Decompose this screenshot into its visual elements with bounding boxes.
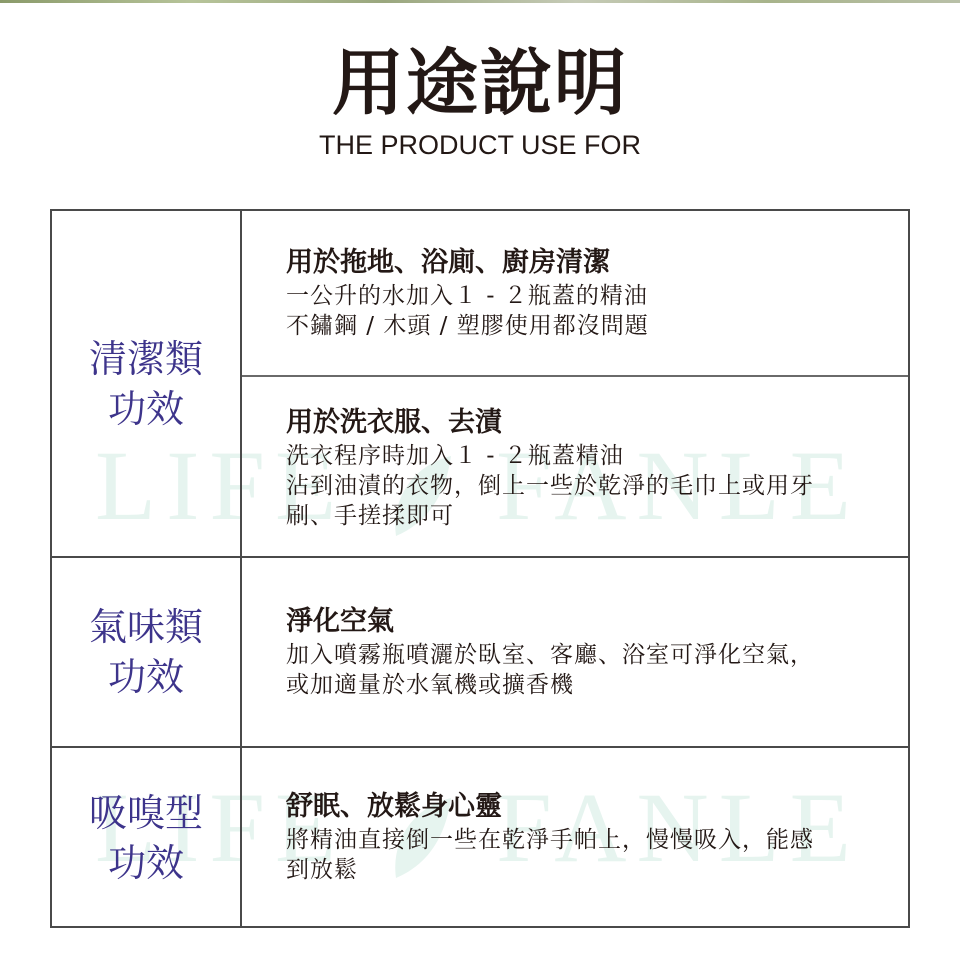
items-column: 舒眠、放鬆身心靈 將精油直接倒一些在乾淨手帕上，慢慢吸入，能感 到放鬆 — [242, 748, 908, 928]
usage-item: 淨化空氣 加入噴霧瓶噴灑於臥室、客廳、浴室可淨化空氣， 或加適量於水氧機或擴香機 — [242, 558, 908, 746]
page-header: 用途說明 THE PRODUCT USE FOR — [0, 40, 960, 162]
item-line: 或加適量於水氧機或擴香機 — [286, 670, 908, 700]
usage-table: 清潔類 功效 用於拖地、浴廁、廚房清潔 一公升的水加入１ - ２瓶蓋的精油 不鏽… — [50, 209, 910, 928]
item-line: 沾到油漬的衣物，倒上一些於乾淨的毛巾上或用牙 — [286, 471, 908, 501]
category-sublabel: 功效 — [108, 384, 184, 434]
page-subtitle: THE PRODUCT USE FOR — [0, 128, 960, 162]
item-line: 洗衣程序時加入１ - ２瓶蓋精油 — [286, 441, 908, 471]
group-inhalation: 吸嗅型 功效 舒眠、放鬆身心靈 將精油直接倒一些在乾淨手帕上，慢慢吸入，能感 到… — [52, 748, 908, 928]
usage-item: 用於洗衣服、去漬 洗衣程序時加入１ - ２瓶蓋精油 沾到油漬的衣物，倒上一些於乾… — [242, 377, 908, 558]
item-line: 將精油直接倒一些在乾淨手帕上，慢慢吸入，能感 — [286, 825, 908, 855]
category-cell: 清潔類 功效 — [52, 211, 242, 556]
group-scent: 氣味類 功效 淨化空氣 加入噴霧瓶噴灑於臥室、客廳、浴室可淨化空氣， 或加適量於… — [52, 558, 908, 748]
item-line: 刷、手搓揉即可 — [286, 501, 908, 531]
category-cell: 吸嗅型 功效 — [52, 748, 242, 928]
item-title: 舒眠、放鬆身心靈 — [286, 789, 908, 825]
item-title: 淨化空氣 — [286, 604, 908, 640]
usage-item: 用於拖地、浴廁、廚房清潔 一公升的水加入１ - ２瓶蓋的精油 不鏽鋼 / 木頭 … — [242, 211, 908, 377]
item-title: 用於洗衣服、去漬 — [286, 405, 908, 441]
item-title: 用於拖地、浴廁、廚房清潔 — [286, 245, 908, 281]
category-cell: 氣味類 功效 — [52, 558, 242, 746]
item-line: 加入噴霧瓶噴灑於臥室、客廳、浴室可淨化空氣， — [286, 640, 908, 670]
category-label: 吸嗅型 — [89, 788, 203, 838]
category-sublabel: 功效 — [108, 838, 184, 888]
item-line: 一公升的水加入１ - ２瓶蓋的精油 — [286, 281, 908, 311]
group-cleaning: 清潔類 功效 用於拖地、浴廁、廚房清潔 一公升的水加入１ - ２瓶蓋的精油 不鏽… — [52, 211, 908, 558]
category-label: 氣味類 — [89, 602, 203, 652]
page-title: 用途說明 — [0, 40, 960, 126]
category-sublabel: 功效 — [108, 652, 184, 702]
items-column: 用於拖地、浴廁、廚房清潔 一公升的水加入１ - ２瓶蓋的精油 不鏽鋼 / 木頭 … — [242, 211, 908, 556]
item-line: 到放鬆 — [286, 855, 908, 885]
usage-item: 舒眠、放鬆身心靈 將精油直接倒一些在乾淨手帕上，慢慢吸入，能感 到放鬆 — [242, 748, 908, 926]
category-label: 清潔類 — [89, 334, 203, 384]
top-photo-strip — [0, 0, 960, 3]
item-line: 不鏽鋼 / 木頭 / 塑膠使用都沒問題 — [286, 311, 908, 341]
items-column: 淨化空氣 加入噴霧瓶噴灑於臥室、客廳、浴室可淨化空氣， 或加適量於水氧機或擴香機 — [242, 558, 908, 746]
